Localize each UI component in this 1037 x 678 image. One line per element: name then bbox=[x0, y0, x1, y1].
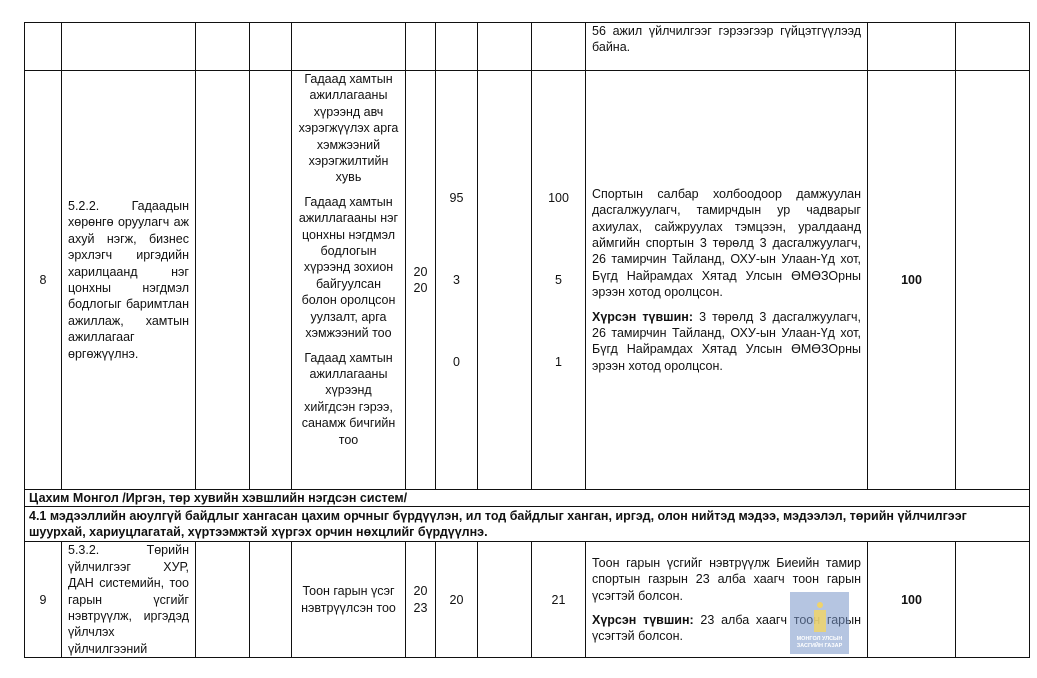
target-cell bbox=[532, 23, 586, 71]
performance-text: Спортын салбар холбоодоор дамжуулан дасг… bbox=[592, 186, 861, 301]
year-cell: 20 23 bbox=[406, 542, 436, 658]
result-label: Хүрсэн түвшин: bbox=[592, 613, 694, 627]
empty-cell bbox=[956, 542, 1030, 658]
year-line: 20 bbox=[408, 583, 433, 599]
score-cell: 100 bbox=[868, 542, 956, 658]
empty-cell bbox=[478, 542, 532, 658]
goal-cell: 5.2.2. Гадаадын хөрөнгө оруулагч аж ахуй… bbox=[62, 71, 196, 490]
indicator-cell: Тоон гарын үсэг нэвтрүүлсэн тоо bbox=[292, 542, 406, 658]
empty-cell bbox=[478, 71, 532, 490]
empty-cell bbox=[478, 23, 532, 71]
year-cell: 20 20 bbox=[406, 71, 436, 490]
baseline-cell: 95 3 0 bbox=[436, 71, 478, 490]
indicator-text: Гадаад хамтын ажиллагааны хүрээнд хийгдс… bbox=[298, 350, 399, 448]
empty-cell bbox=[250, 71, 292, 490]
table-row: 8 5.2.2. Гадаадын хөрөнгө оруулагч аж ах… bbox=[25, 71, 1030, 490]
goal-cell bbox=[62, 23, 196, 71]
baseline-value: 3 bbox=[436, 239, 477, 321]
empty-cell bbox=[956, 71, 1030, 490]
empty-cell bbox=[196, 542, 250, 658]
target-value: 5 bbox=[532, 239, 585, 321]
table-row: 56 ажил үйлчилгээг гэрээгээр гүйцэтгүүлэ… bbox=[25, 23, 1030, 71]
target-value: 100 bbox=[532, 157, 585, 239]
objective-heading: 4.1 мэдээллийн аюулгүй байдлыг хангасан … bbox=[25, 507, 1030, 542]
performance-text: 56 ажил үйлчилгээг гэрээгээр гүйцэтгүүлэ… bbox=[592, 24, 861, 54]
result-label: Хүрсэн түвшин: bbox=[592, 310, 693, 324]
government-watermark: МОНГОЛ УЛСЫН ЗАСГИЙН ГАЗАР bbox=[790, 592, 849, 654]
performance-body: Спортын салбар холбоодоор дамжуулан дасг… bbox=[592, 187, 861, 299]
year-line: 20 bbox=[408, 280, 433, 296]
row-number-cell: 9 bbox=[25, 542, 62, 658]
section-heading-row: Цахим Монгол /Иргэн, төр хувийн хэвшлийн… bbox=[25, 490, 1030, 507]
watermark-line-2: ЗАСГИЙН ГАЗАР bbox=[797, 643, 843, 650]
score-cell: 100 bbox=[868, 71, 956, 490]
objective-heading-row: 4.1 мэдээллийн аюулгүй байдлыг хангасан … bbox=[25, 507, 1030, 542]
target-cell: 100 5 1 bbox=[532, 71, 586, 490]
indicator-cell: Гадаад хамтын ажиллагааны хүрээнд авч хэ… bbox=[292, 71, 406, 490]
indicator-text: Гадаад хамтын ажиллагааны нэг цонхны нэг… bbox=[298, 194, 399, 342]
year-line: 23 bbox=[408, 600, 433, 616]
row-number-cell: 8 bbox=[25, 71, 62, 490]
empty-cell bbox=[250, 542, 292, 658]
empty-cell bbox=[196, 71, 250, 490]
performance-cell: 56 ажил үйлчилгээг гэрээгээр гүйцэтгүүлэ… bbox=[586, 23, 868, 71]
baseline-value: 95 bbox=[436, 157, 477, 239]
report-table: 56 ажил үйлчилгээг гэрээгээр гүйцэтгүүлэ… bbox=[24, 22, 1030, 658]
empty-cell bbox=[196, 23, 250, 71]
indicator-text: Гадаад хамтын ажиллагааны хүрээнд авч хэ… bbox=[298, 71, 399, 186]
row-number-cell bbox=[25, 23, 62, 71]
target-cell: 21 bbox=[532, 542, 586, 658]
year-cell bbox=[406, 23, 436, 71]
empty-cell bbox=[956, 23, 1030, 71]
baseline-value: 0 bbox=[436, 321, 477, 403]
indicator-cell bbox=[292, 23, 406, 71]
soyombo-emblem-icon bbox=[813, 602, 827, 632]
year-line: 20 bbox=[408, 264, 433, 280]
empty-cell bbox=[250, 23, 292, 71]
performance-result: Хүрсэн түвшин: 3 төрөлд 3 дасгалжуулагч,… bbox=[592, 309, 861, 375]
section-heading: Цахим Монгол /Иргэн, төр хувийн хэвшлийн… bbox=[25, 490, 1030, 507]
target-value: 1 bbox=[532, 321, 585, 403]
watermark-line-1: МОНГОЛ УЛСЫН bbox=[797, 636, 843, 643]
score-cell bbox=[868, 23, 956, 71]
performance-cell: Спортын салбар холбоодоор дамжуулан дасг… bbox=[586, 71, 868, 490]
baseline-cell bbox=[436, 23, 478, 71]
baseline-cell: 20 bbox=[436, 542, 478, 658]
table-row: 9 5.3.2. Төрийн үйлчилгээг ХУР, ДАН сист… bbox=[25, 542, 1030, 658]
goal-cell: 5.3.2. Төрийн үйлчилгээг ХУР, ДАН систем… bbox=[62, 542, 196, 658]
